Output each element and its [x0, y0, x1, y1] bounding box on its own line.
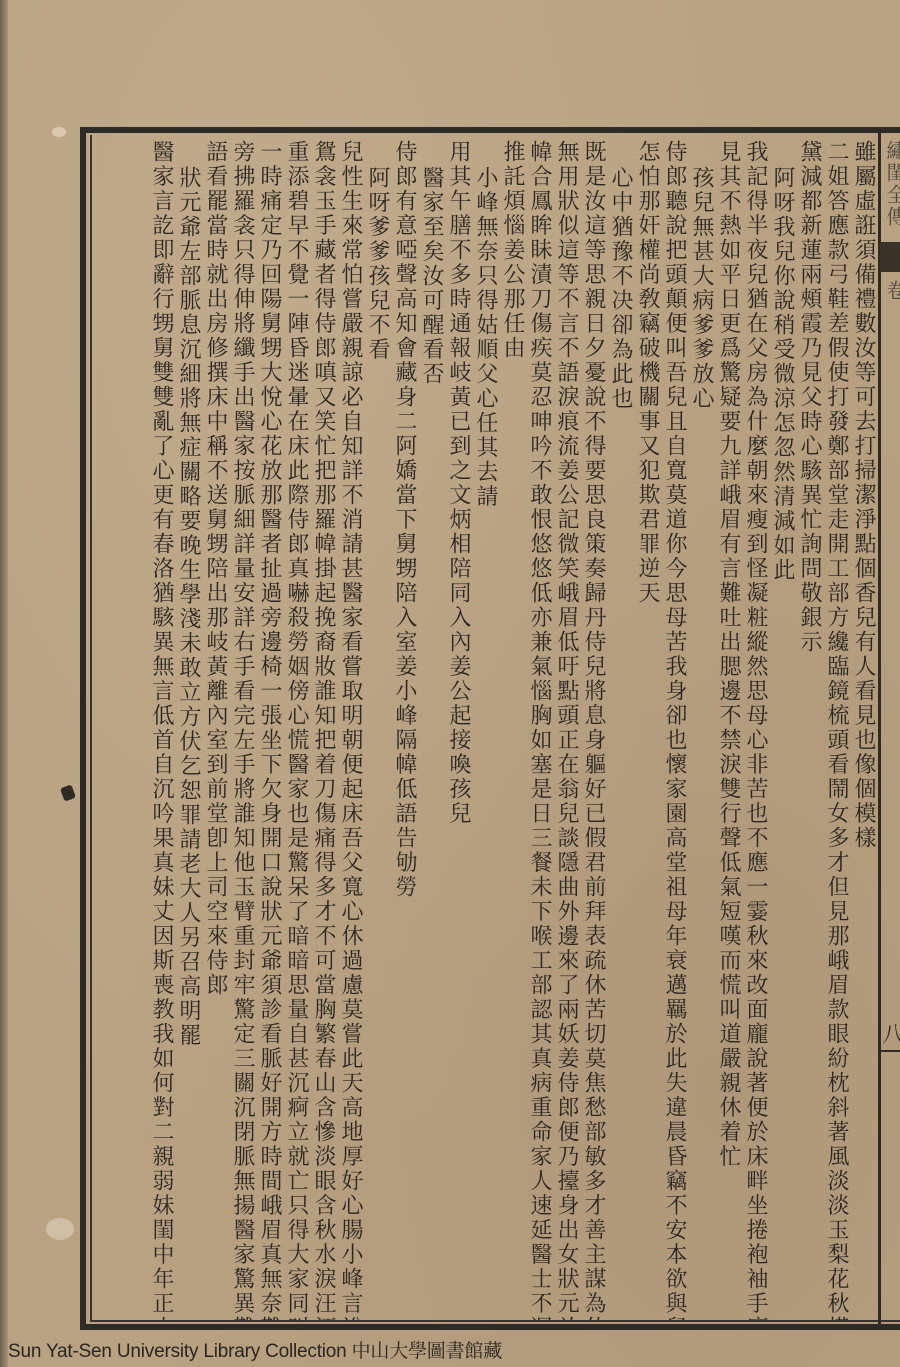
banxin-page-rule: [880, 1050, 900, 1052]
page-number: 八: [882, 1018, 900, 1049]
text-column: 無用狀似這等不言不語淚痕流姜公記微笑峨眉低吁點頭正在翁兒談隱曲外邊來了兩妖姜侍郎…: [553, 140, 579, 1320]
ink-blot: [60, 784, 76, 801]
text-column: 侍郎聽說把頭顛便叫吾兒且自寬莫道你今思母苦我身卻也懷家園高堂祖母年衰邁羈於此失違…: [661, 140, 687, 1320]
text-column: 狀元爺左部脈息沉細將無症關略要晚生學淺未敢立方伏乞恕罪請老大人另召高明罷: [175, 140, 201, 1320]
text-column: 用其午膳不多時通報岐黃已到之文炳相陪同入內姜公起接喚孩兒: [445, 140, 471, 1320]
text-column: 孩兒無甚大病爹爹放心: [688, 140, 714, 1320]
text-column: 侍郎有意啞聲高知會藏身二阿嬌當下舅甥陪入室姜小峰隔幃低語告劬勞: [391, 140, 417, 1320]
banxin-title: 繡閨全傳: [884, 140, 900, 228]
page-left-edge-shadow: [0, 0, 8, 1367]
text-column: 一時痛定乃回陽舅甥大悅心花放那醫者扯過旁邊椅一張坐下欠身開口說狀元爺須診看脈好開…: [256, 140, 282, 1320]
banxin-volume: 卷: [884, 280, 900, 300]
text-column: 語看罷當時就出房修撰床中稱不送舅甥陪出那岐黃離內室到前堂卽上司空來侍郎: [202, 140, 228, 1320]
text-column: 怎怕那奸權尚敎竊破機關事又犯欺君罪逆天: [634, 140, 660, 1320]
text-column: 鴛衾玉手藏者得侍郎嗔又笑忙把那羅幃掛起挽裔妝誰知把着刀傷痛得多才不可當胸繁春山含…: [310, 140, 336, 1320]
text-column: 醫家至矣汝可醒看否: [418, 140, 444, 1320]
text-column: 見其不熱如平日更爲驚疑要九詳峨眉有言難吐出腮邊不禁淚雙行聲低氣短嘆而慌叫道嚴親休…: [715, 140, 741, 1320]
collection-credit: Sun Yat-Sen University Library Collectio…: [8, 1336, 502, 1363]
text-column: 幃合鳳眸眛漬刀傷疾莫忍呻吟不敢恨悠悠低亦兼氣惱胸如塞是日三餐未下喉工部認其真病重…: [526, 140, 552, 1320]
text-column: 旁拂羅衾只得伸將纖手出醫家按脈細詳量安詳右手看完左手將誰知他玉臂重封牢驚定三關沉…: [229, 140, 255, 1320]
banxin-fish-tail-mark: [880, 242, 900, 272]
text-column: 重添碧早不覺一陣昏迷暈在床此際侍郎真嚇殺勞姻傍心慌醫家也是驚呆了暗暗思量自甚沉痾…: [283, 140, 309, 1320]
text-column: 推託煩惱姜公那任由: [499, 140, 525, 1320]
text-column: 二姐答應款弓鞋差假使打發鄭部堂走開工部方纔臨鏡梳頭看鬧女多才但見那峨眉款眼紛枕斜…: [823, 140, 849, 1320]
text-column: 心中猶豫不决卻為此也: [607, 140, 633, 1320]
scanned-page: 繡閨全傳 卷 八 雖屬虛誑須備禮數汝等可去打掃潔淨點個香兒有人看見也像個模樣 二…: [0, 0, 900, 1367]
text-column: 黛減都新蓮兩頰霞乃見父時心駭異忙詢問敬銀示: [796, 140, 822, 1320]
text-column: 阿呀爹爹孩兒不看: [364, 140, 390, 1320]
paper-blemish: [52, 127, 66, 137]
text-column: 阿呀我兒你說稍受微涼怎忽然清減如此: [769, 140, 795, 1320]
text-column: 兒性生來常怕嘗嚴親諒必自知詳不消請甚醫家看嘗取明朝便起床吾父寬心休過慮莫嘗此天高…: [337, 140, 363, 1320]
banxin-divider: [878, 133, 881, 1328]
text-column: 醫家言訖即辭行甥舅雙雙亂了心更有春洛猶駭異無言低首自沉吟果真妹丈因斯喪教我如何對…: [148, 140, 174, 1320]
vertical-text-body: 雖屬虛誑須備禮數汝等可去打掃潔淨點個香兒有人看見也像個模樣 二姐答應款弓鞋差假使…: [94, 140, 876, 1320]
text-column: 雖屬虛誑須備禮數汝等可去打掃潔淨點個香兒有人看見也像個模樣: [850, 140, 876, 1320]
text-column: 小峰無奈只得姑順父心任其去請: [472, 140, 498, 1320]
text-column: 既是汝這等思親日夕憂說不得要思良策奏歸丹侍兒將息身軀好已假君前拜表疏休苦切莫焦愁…: [580, 140, 606, 1320]
paper-blemish: [46, 1218, 74, 1240]
text-column: 我記得半夜兒猶在父房為什麼朝來瘦到怪凝粧縱然思母心非苦也不應一霎秋來改面龐說著便…: [742, 140, 768, 1320]
